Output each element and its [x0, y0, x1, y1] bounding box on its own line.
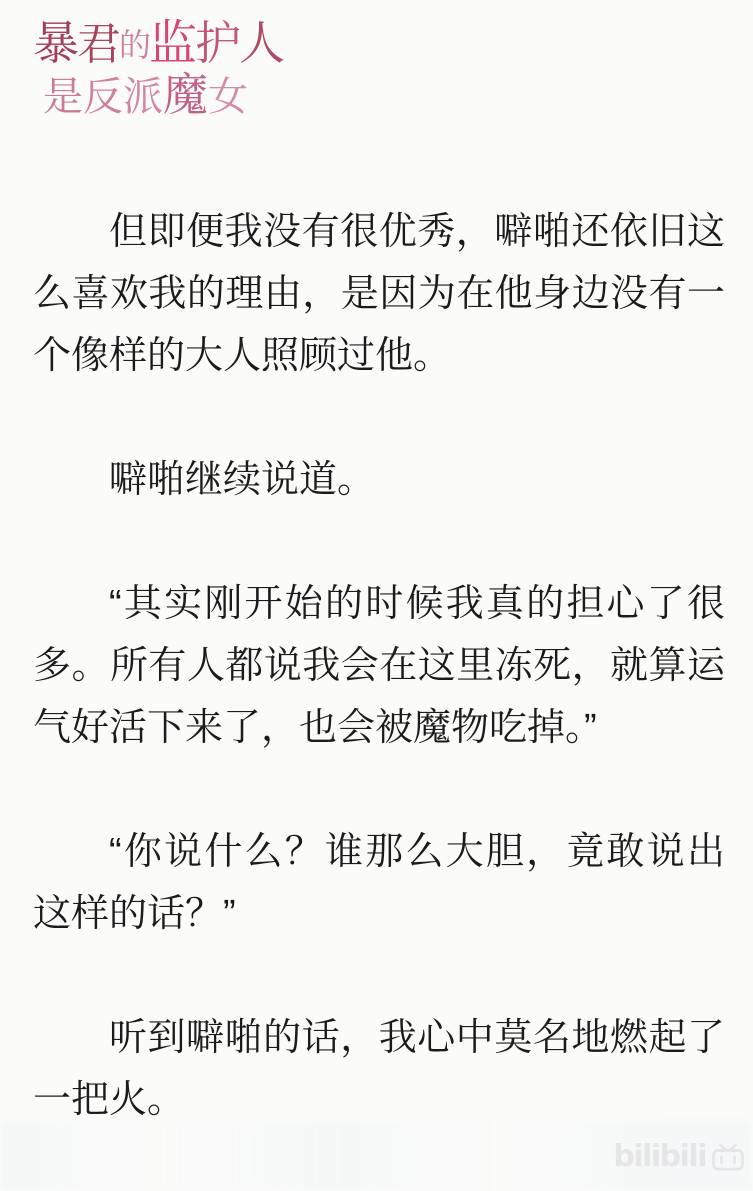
- logo-char: 是: [43, 74, 83, 120]
- bilibili-watermark: bilibili: [613, 1139, 745, 1174]
- series-logo: 暴君的监护人 是反派魔女: [33, 18, 283, 119]
- logo-char: 监: [149, 15, 195, 71]
- logo-title-line-1: 暴君的监护人: [33, 18, 283, 68]
- logo-char: 反: [83, 74, 123, 120]
- logo-char: 人: [239, 16, 283, 70]
- paragraph: 但即便我没有很优秀，噼啪还依旧这么喜欢我的理由，是因为在他身边没有一个像样的大人…: [33, 201, 725, 387]
- logo-char: 护: [195, 16, 239, 70]
- logo-char: 的: [119, 26, 149, 64]
- paragraph: “你说什么？谁那么大胆，竟敢说出这样的话？”: [33, 821, 725, 945]
- bilibili-logo-text: bilibili: [613, 1139, 706, 1174]
- bilibili-tv-icon: [711, 1142, 745, 1172]
- logo-char: 派: [123, 74, 163, 120]
- logo-char: 魔: [163, 68, 208, 121]
- logo-char: 女: [208, 74, 248, 120]
- logo-char: 君: [77, 19, 119, 70]
- paragraph: 听到噼啪的话，我心中莫名地燃起了一把火。: [33, 1007, 725, 1131]
- novel-text: 但即便我没有很优秀，噼啪还依旧这么喜欢我的理由，是因为在他身边没有一个像样的大人…: [33, 201, 725, 1131]
- logo-title-line-2: 是反派魔女: [33, 71, 283, 118]
- logo-char: 暴: [33, 16, 77, 70]
- paragraph: “其实刚开始的时候我真的担心了很多。所有人都说我会在这里冻死，就算运气好活下来了…: [33, 573, 725, 759]
- paragraph: 噼啪继续说道。: [33, 449, 725, 511]
- novel-page: 暴君的监护人 是反派魔女 但即便我没有很优秀，噼啪还依旧这么喜欢我的理由，是因为…: [0, 0, 753, 1191]
